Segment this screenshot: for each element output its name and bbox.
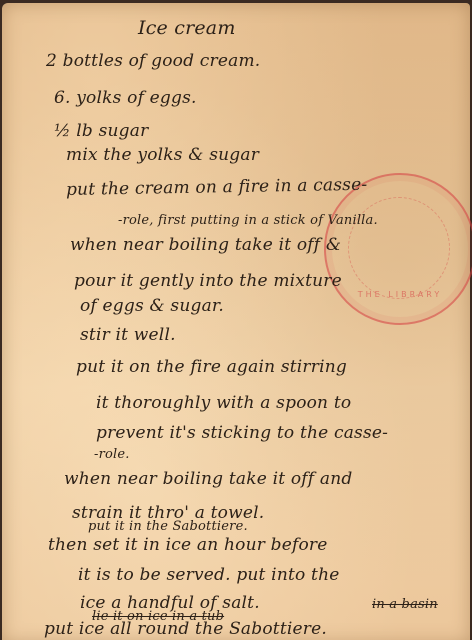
manuscript-page: THE LIBRARY Ice cream 2 bottles of good … [2, 3, 470, 640]
instruction-line: -role. [94, 447, 130, 462]
instruction-line: it is to be served. put into the [78, 565, 339, 585]
instruction-line: put it on the fire again stirring [76, 357, 347, 377]
instruction-line: when near boiling take it off and [64, 469, 352, 489]
instruction-line: it thoroughly with a spoon to [96, 393, 351, 413]
ingredient-line: ½ lb sugar [54, 121, 148, 141]
instruction-line: put the cream on a fire in a casse- [66, 175, 368, 200]
instruction-line: stir it well. [80, 325, 176, 345]
ingredient-line: 2 bottles of good cream. [46, 51, 260, 71]
instruction-line: prevent it's sticking to the casse- [96, 423, 388, 443]
recipe-title: Ice cream [138, 17, 236, 39]
instruction-line: -role, first putting in a stick of Vanil… [118, 213, 378, 228]
inserted-line: put it in the Sabottiere. [88, 519, 248, 534]
ingredient-line: 6. yolks of eggs. [54, 88, 197, 108]
instruction-line: then set it in ice an hour before [48, 535, 328, 555]
stamp-text: THE LIBRARY [326, 290, 472, 299]
struck-text: in a basin [372, 597, 438, 612]
instruction-line: mix the yolks & sugar [66, 145, 259, 165]
instruction-line: of eggs & sugar. [80, 296, 224, 316]
instruction-line: put ice all round the Sabottiere. [44, 619, 327, 639]
instruction-line: pour it gently into the mixture [74, 271, 342, 291]
library-stamp: THE LIBRARY [324, 173, 472, 325]
instruction-line: when near boiling take it off & [70, 235, 341, 255]
